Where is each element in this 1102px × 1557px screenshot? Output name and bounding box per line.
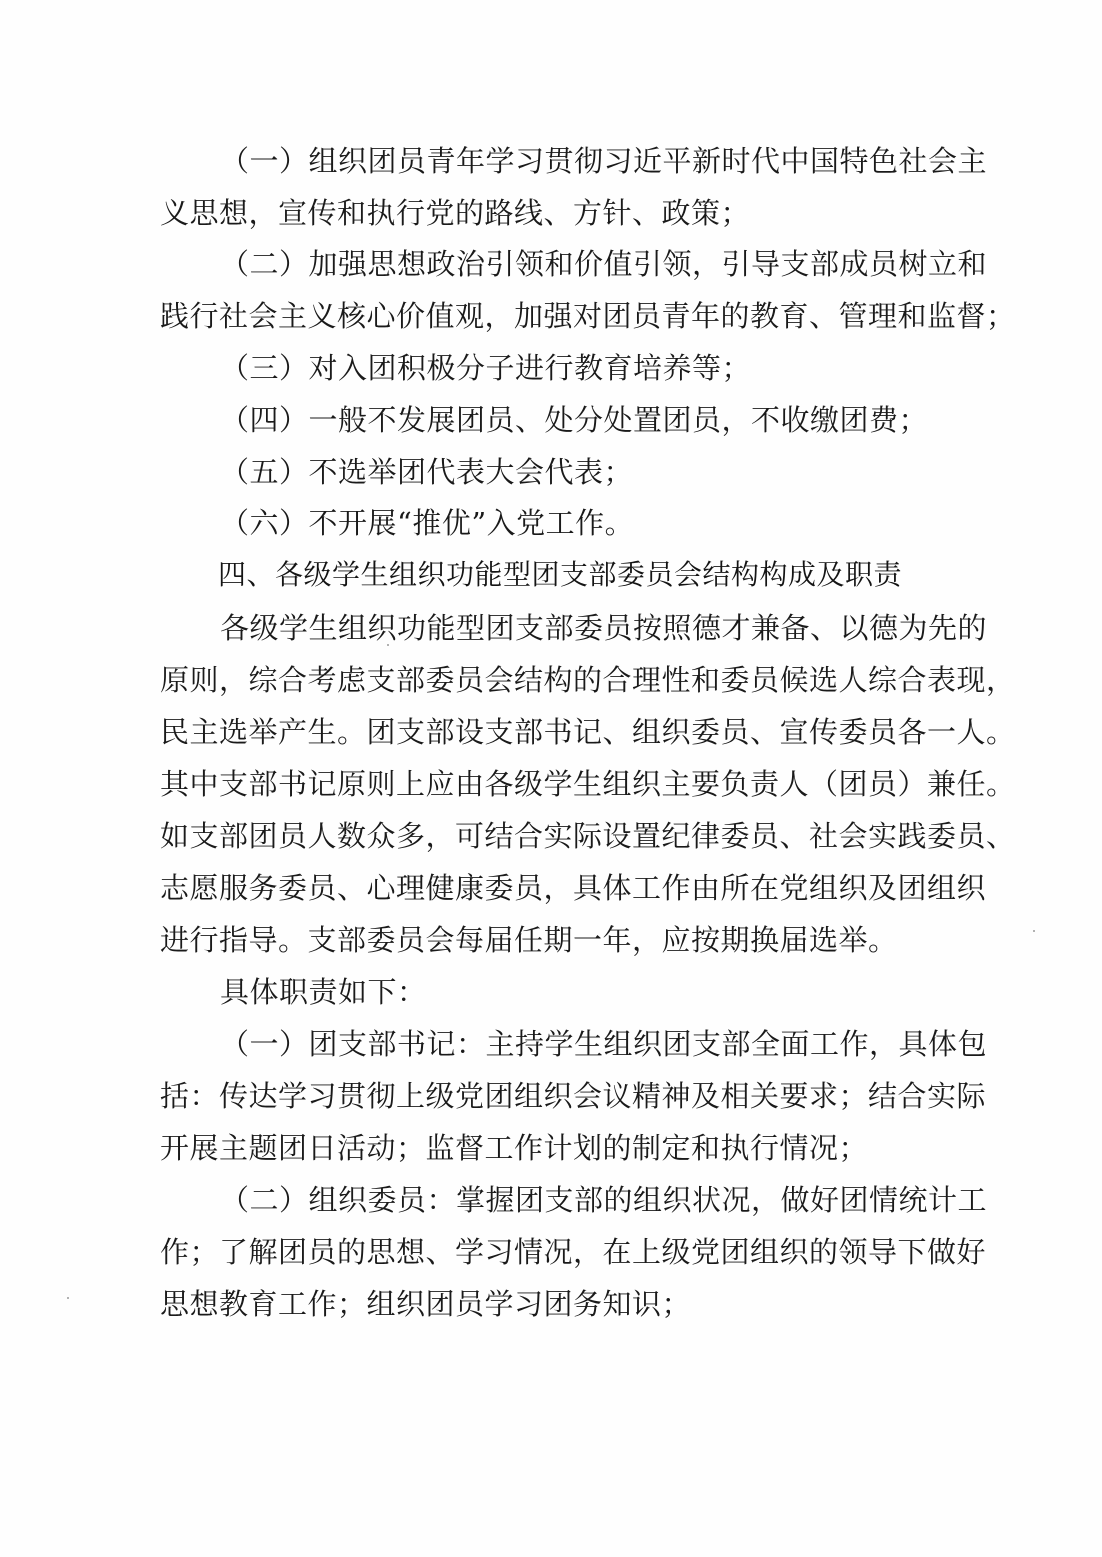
scan-speck <box>387 644 389 646</box>
item-4: （四）一般不发展团员、处分处置团员，不收缴团费； <box>220 400 970 440</box>
duty-1-line-2: 括：传达学习贯彻上级党团组织会议精神及相关要求；结合实际 <box>160 1076 970 1116</box>
duty-2-line-3: 思想教育工作；组织团员学习团务知识； <box>160 1284 970 1324</box>
paragraph-line-3: 民主选举产生。团支部设支部书记、组织委员、宣传委员各一人。 <box>160 712 970 752</box>
paragraph-line-2: 原则，综合考虑支部委员会结构的合理性和委员候选人综合表现， <box>160 660 970 700</box>
duties-intro: 具体职责如下： <box>220 972 970 1012</box>
item-2-line-1: （二）加强思想政治引领和价值引领，引导支部成员树立和 <box>220 244 970 284</box>
item-1-line-2: 义思想，宣传和执行党的路线、方针、政策； <box>160 193 970 233</box>
paragraph-line-4: 其中支部书记原则上应由各级学生组织主要负责人（团员）兼任。 <box>160 764 970 804</box>
duty-2-line-2: 作；了解团员的思想、学习情况，在上级党团组织的领导下做好 <box>160 1232 970 1272</box>
section-4-heading: 四、各级学生组织功能型团支部委员会结构构成及职责 <box>218 555 902 595</box>
item-3: （三）对入团积极分子进行教育培养等； <box>220 348 970 388</box>
paragraph-line-6: 志愿服务委员、心理健康委员，具体工作由所在党组织及团组织 <box>160 868 970 908</box>
paragraph-line-1: 各级学生组织功能型团支部委员按照德才兼备、以德为先的 <box>220 608 970 648</box>
duty-1-line-1: （一）团支部书记：主持学生组织团支部全面工作，具体包 <box>220 1024 970 1064</box>
duty-1-line-3: 开展主题团日活动；监督工作计划的制定和执行情况； <box>160 1128 970 1168</box>
item-5: （五）不选举团代表大会代表； <box>220 452 970 492</box>
item-1-line-1: （一）组织团员青年学习贯彻习近平新时代中国特色社会主 <box>220 141 970 181</box>
paragraph-line-5: 如支部团员人数众多，可结合实际设置纪律委员、社会实践委员、 <box>160 816 970 856</box>
paragraph-line-7: 进行指导。支部委员会每届任期一年，应按期换届选举。 <box>160 920 970 960</box>
duty-2-line-1: （二）组织委员：掌握团支部的组织状况，做好团情统计工 <box>220 1180 970 1220</box>
scan-speck <box>1033 930 1035 932</box>
item-6: （六）不开展“推优”入党工作。 <box>220 503 970 543</box>
item-2-line-2: 践行社会主义核心价值观，加强对团员青年的教育、管理和监督； <box>160 296 970 336</box>
scan-speck <box>67 1297 69 1299</box>
document-page: （一）组织团员青年学习贯彻习近平新时代中国特色社会主 义思想，宣传和执行党的路线… <box>0 0 1102 1557</box>
